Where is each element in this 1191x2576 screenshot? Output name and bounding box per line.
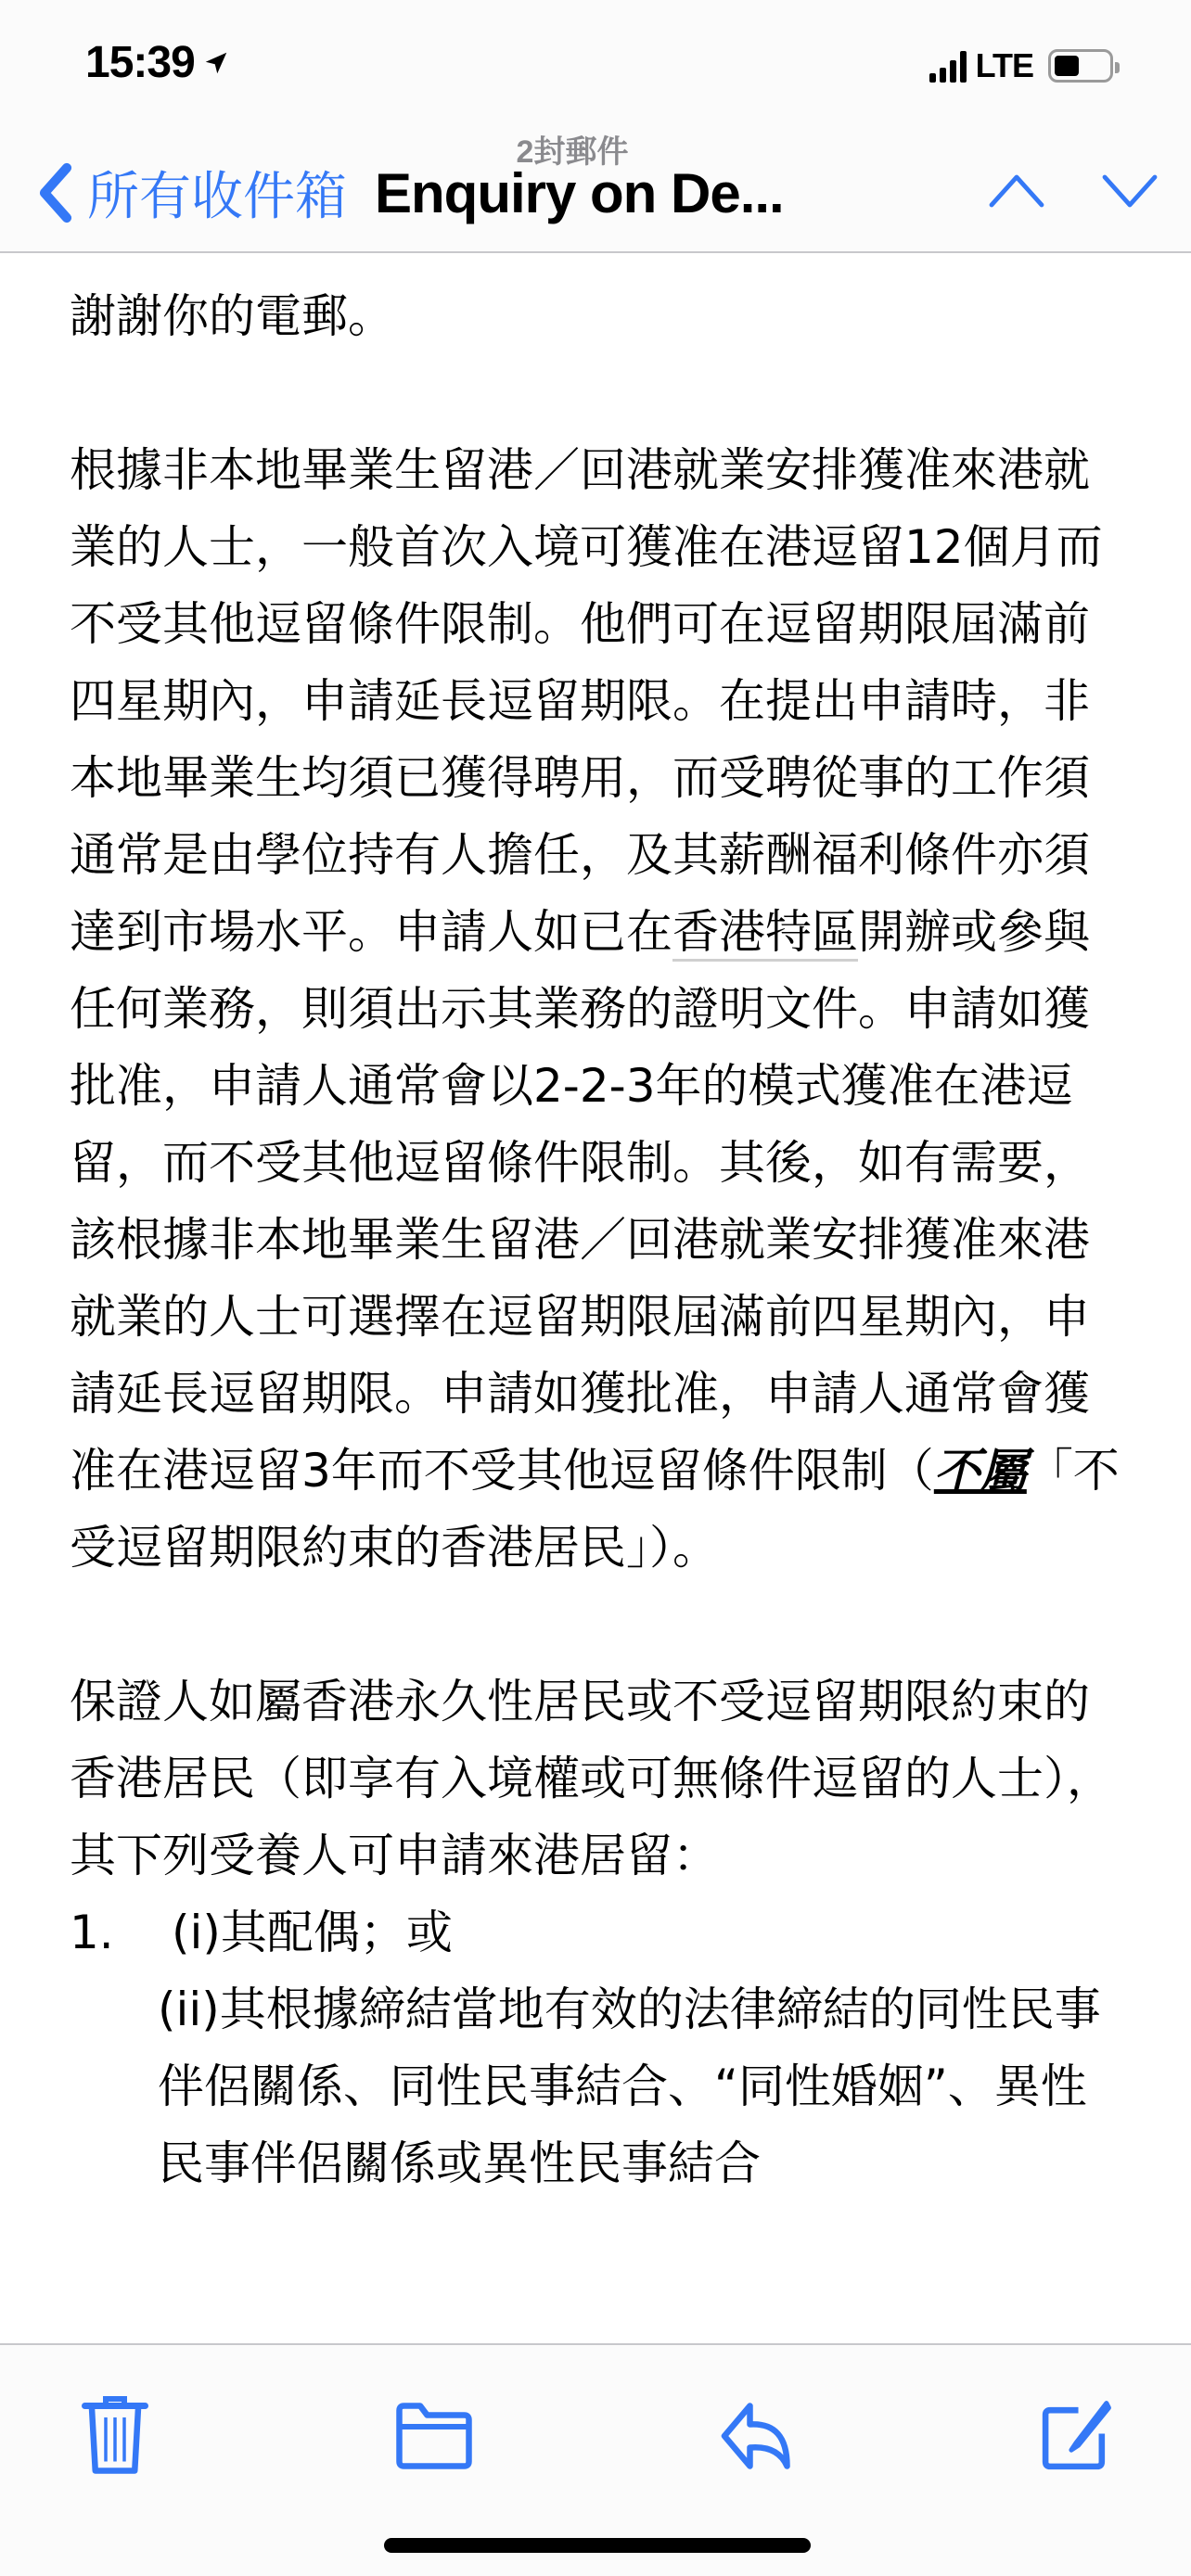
status-time: 15:39: [85, 37, 195, 88]
message-navigation: [983, 158, 1163, 224]
reply-button[interactable]: [712, 2391, 801, 2480]
trash-button[interactable]: [70, 2391, 160, 2480]
home-indicator[interactable]: [384, 2538, 811, 2553]
chevron-down-icon[interactable]: [1096, 158, 1163, 224]
reply-icon: [717, 2399, 797, 2473]
paragraph-graduate-scheme: 根據非本地畢業生留港／回港就業安排獲准來港就業的人士，一般首次入境可獲准在港逗留…: [70, 432, 1127, 1587]
status-indicators: LTE: [929, 46, 1113, 85]
back-button[interactable]: 所有收件箱: [33, 156, 347, 230]
list-number: 1.: [70, 1894, 172, 1971]
nav-bar: 2封郵件 所有收件箱 Enquiry on De...: [0, 121, 1191, 253]
network-type: LTE: [976, 46, 1033, 85]
list-item-ii: (ii)其根據締結當地有效的法律締結的同性民事伴侶關係、同性民事結合、“同性婚姻…: [70, 1971, 1127, 2202]
battery-icon: [1048, 49, 1113, 83]
location-arrow-icon: [202, 49, 230, 77]
emphasis-not-belong: 不屬: [934, 1444, 1027, 1498]
chevron-left-icon: [33, 159, 78, 226]
trash-icon: [78, 2394, 152, 2478]
list-item-i: (i)其配偶；或: [172, 1894, 453, 1971]
move-to-folder-button[interactable]: [390, 2391, 479, 2480]
list-item: 1. (i)其配偶；或: [70, 1894, 1127, 1971]
back-button-label: 所有收件箱: [87, 156, 347, 230]
paragraph-sponsor: 保證人如屬香港永久性居民或不受逗留期限約束的香港居民（即享有入境權或可無條件逗留…: [70, 1664, 1127, 1894]
detected-link-hksar[interactable]: 香港特區: [672, 905, 858, 962]
status-time-group: 15:39: [85, 37, 230, 88]
email-body: 謝謝你的電郵。 根據非本地畢業生留港／回港就業安排獲准來港就業的人士，一般首次入…: [70, 278, 1127, 2202]
paragraph-text: 根據非本地畢業生留港／回港就業安排獲准來港就業的人士，一般首次入境可獲准在港逗留…: [70, 443, 1103, 959]
greeting: 謝謝你的電郵。: [70, 278, 1127, 355]
compose-icon: [1036, 2396, 1116, 2476]
folder-icon: [392, 2401, 476, 2471]
email-subject-title: Enquiry on De...: [375, 161, 784, 225]
paragraph-text: 開辦或參與任何業務，則須出示其業務的證明文件。申請如獲批准，申請人通常會以2-2…: [70, 905, 1090, 1498]
chevron-up-icon[interactable]: [983, 158, 1050, 224]
status-bar: 15:39 LTE: [0, 0, 1191, 121]
compose-button[interactable]: [1031, 2391, 1121, 2480]
paragraph-spacer: [70, 355, 1127, 432]
paragraph-spacer: [70, 1587, 1127, 1664]
cellular-signal-icon: [929, 49, 967, 83]
